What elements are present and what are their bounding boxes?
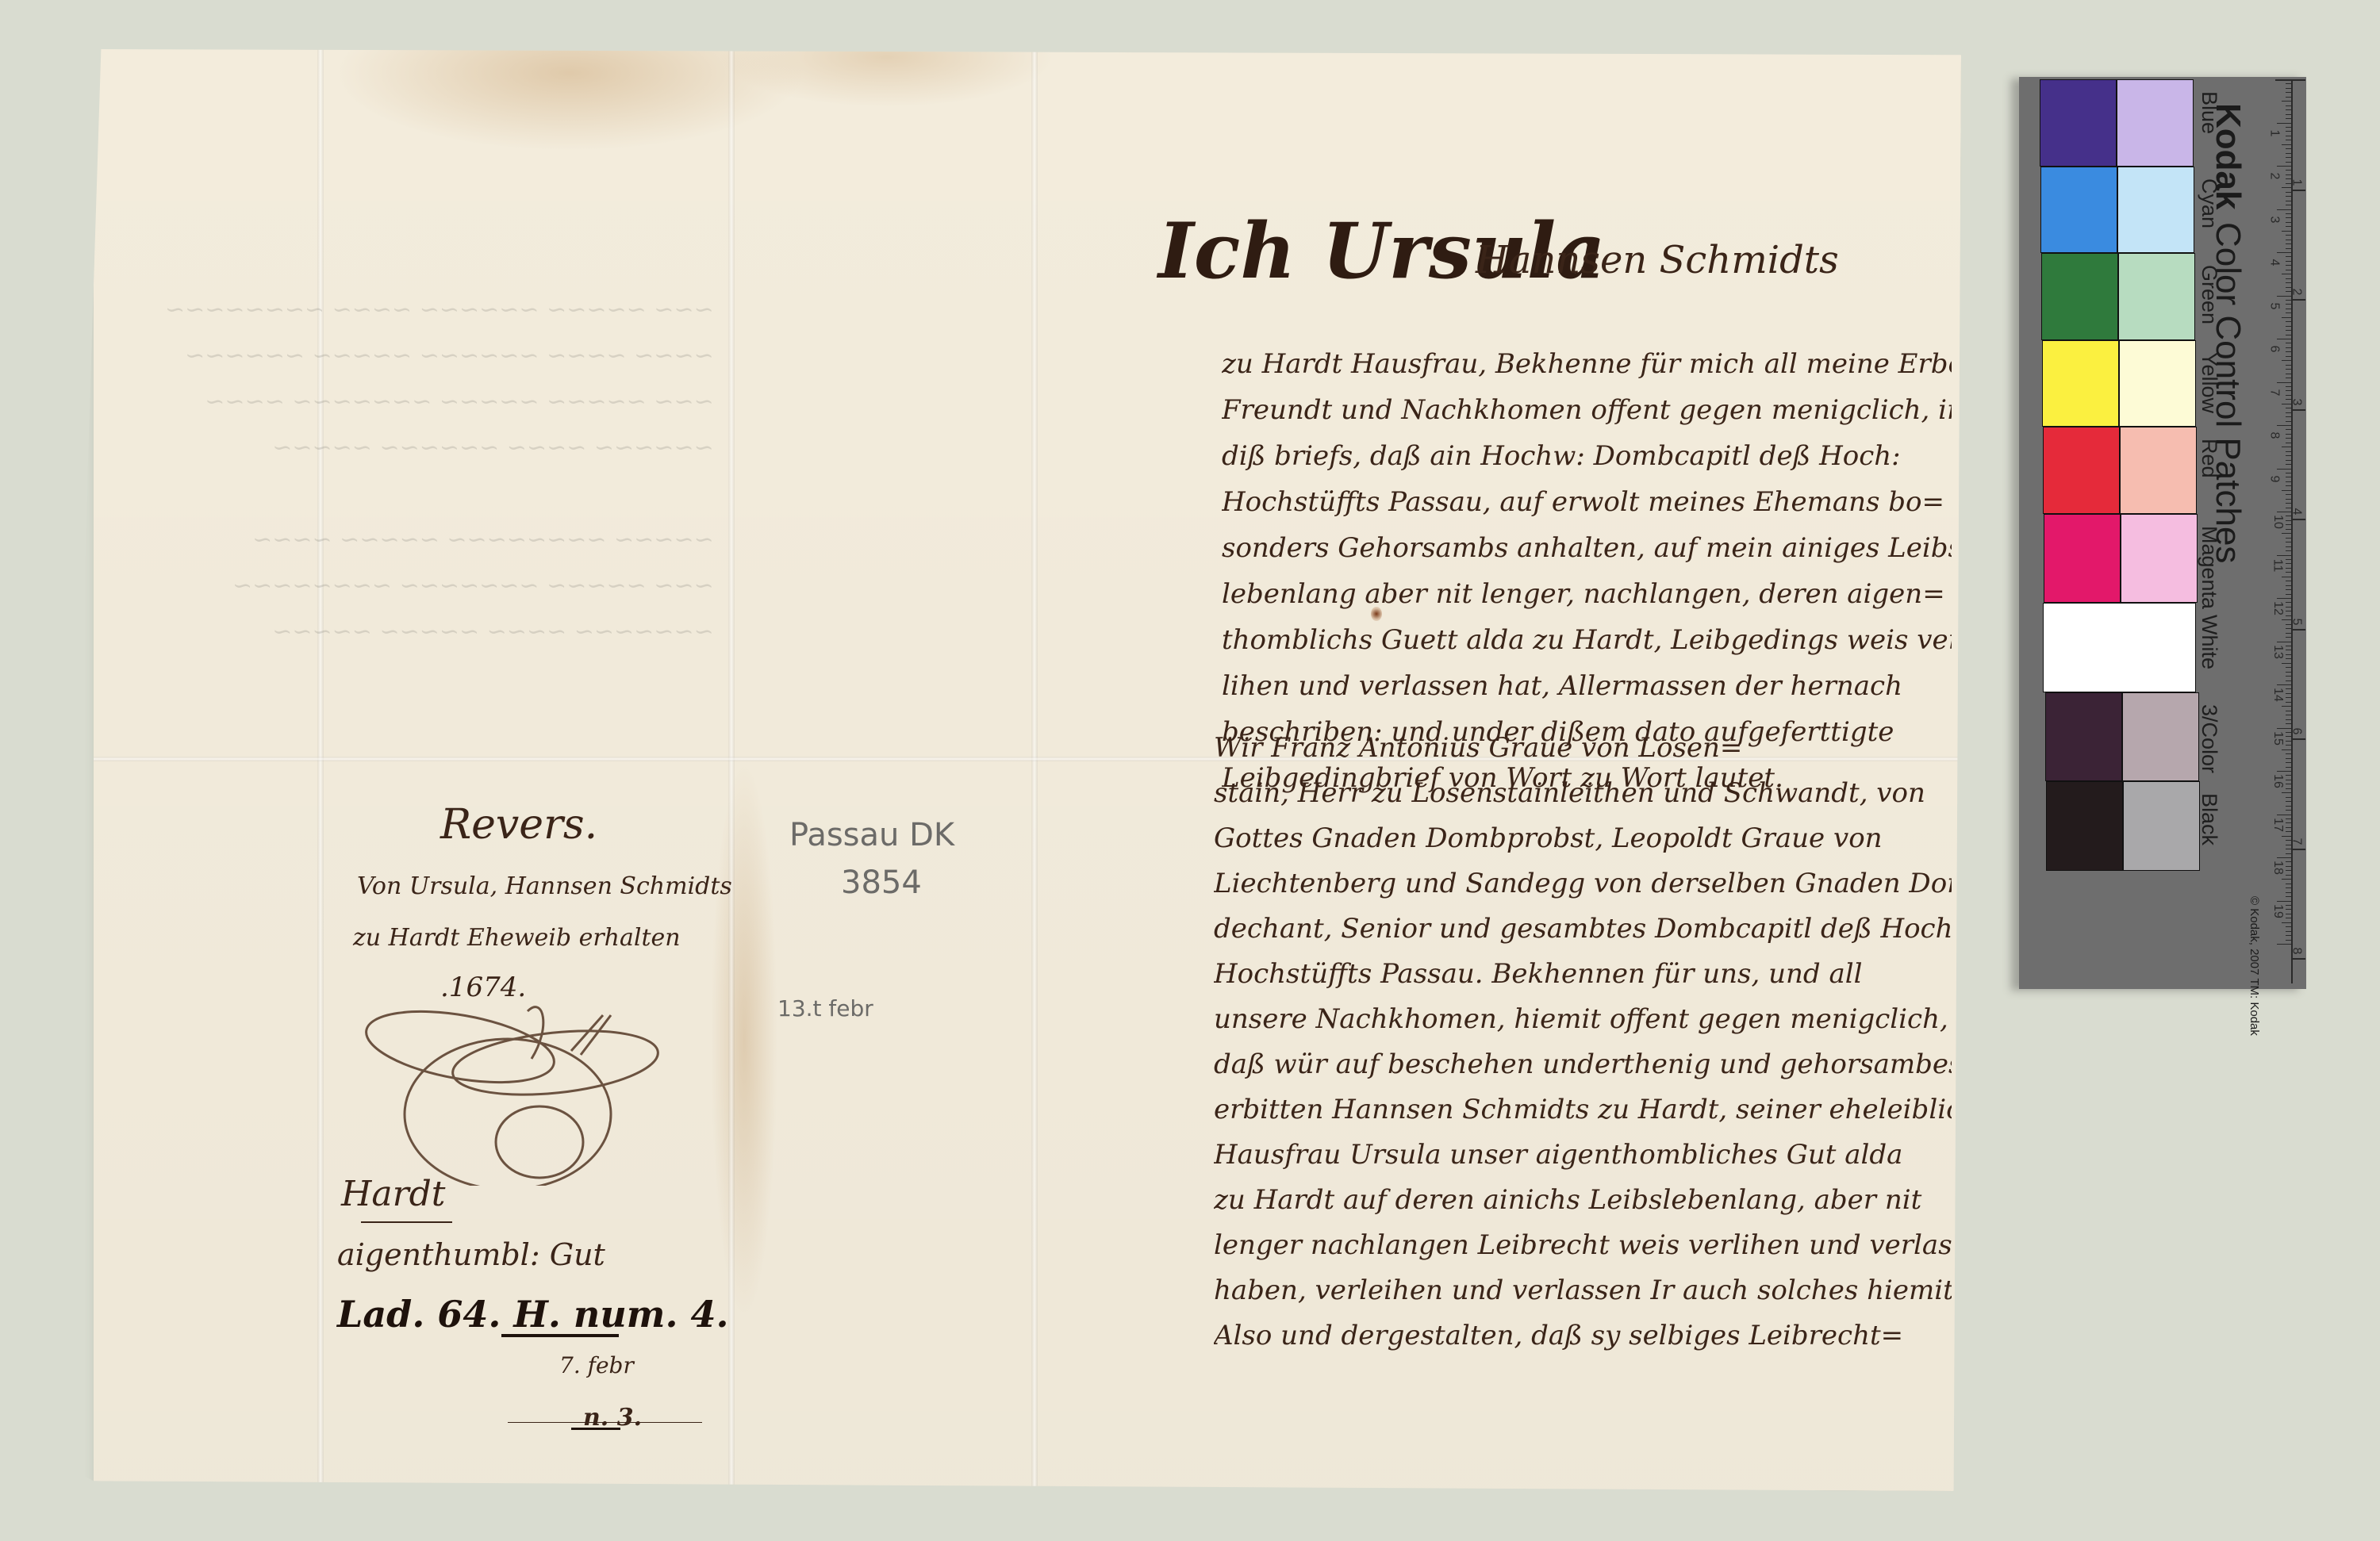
ruler-tick — [2286, 365, 2291, 366]
ruler-tick — [2286, 455, 2291, 456]
ruler-tick — [2282, 187, 2291, 188]
ruler-tick — [2286, 97, 2291, 98]
ruler-tick — [2286, 226, 2291, 227]
ruler-tick — [2286, 321, 2291, 322]
ruler-tick — [2286, 715, 2291, 715]
ruler-cm-label: 7 — [2267, 389, 2281, 396]
ruler-tick — [2286, 581, 2291, 581]
ruler-tick — [2286, 775, 2291, 776]
ruler-tick — [2286, 92, 2291, 93]
archive-number: 3854 — [841, 864, 922, 901]
ruler-tick — [2286, 849, 2291, 849]
ruler-cm-label: 19 — [2271, 904, 2285, 918]
ruler-tick — [2286, 797, 2291, 798]
ruler-tick — [2286, 572, 2291, 573]
patch-blue-dark — [2040, 79, 2117, 167]
ruler-inch-label: 6 — [2289, 728, 2303, 735]
ruler-tick — [2286, 542, 2291, 542]
text-line: Liechtenberg und Sandegg von derselben G… — [1214, 861, 1952, 907]
ruler-tick — [2286, 131, 2291, 132]
ruler-tick — [2286, 745, 2291, 746]
ruler-tick — [2286, 170, 2291, 171]
ruler-inch-label: 5 — [2289, 618, 2303, 625]
ruler-tick — [2286, 723, 2291, 724]
fold-line-vertical — [728, 49, 735, 1491]
ruler-tick — [2286, 136, 2291, 136]
ruler-tick — [2286, 386, 2291, 387]
ruler-tick — [2286, 688, 2291, 689]
ruler-cm-label: 16 — [2271, 774, 2285, 788]
target-title: Kodak Color Control Patches © Kodak, 200… — [2194, 103, 2241, 896]
ruler-tick — [2286, 637, 2291, 638]
ruler-tick — [2286, 762, 2291, 763]
fold-line-vertical — [317, 49, 324, 1491]
text-line: zu Hardt auf deren ainichs Leibslebenlan… — [1214, 1178, 1952, 1223]
ruler-tick — [2282, 144, 2291, 145]
ruler-tick — [2286, 853, 2291, 854]
ruler-cm-label: 14 — [2271, 688, 2285, 702]
ruler-tick — [2286, 222, 2291, 223]
text-line: sonders Gehorsambs anhalten, auf mein ai… — [1222, 525, 1952, 571]
ruler-tick — [2286, 633, 2291, 634]
main-paragraph-2: Wir Franz Antonius Graue von Losen= stai… — [1214, 726, 1952, 1359]
text-line: Gottes Gnaden Dombprobst, Leopoldt Graue… — [1214, 816, 1952, 861]
ruler-tick — [2277, 296, 2291, 297]
ruler-tick — [2286, 594, 2291, 595]
ruler-tick — [2286, 443, 2291, 443]
ruler-tick — [2286, 559, 2291, 560]
ruler-tick — [2277, 382, 2291, 383]
patch-red-dark — [2043, 427, 2120, 514]
ruler-tick — [2286, 196, 2291, 197]
ruler-inch-tick — [2291, 629, 2305, 631]
ruler-tick — [2286, 240, 2291, 240]
ruler-tick — [2286, 892, 2291, 893]
ruler-tick — [2286, 213, 2291, 214]
text-line: lihen und verlassen hat, Allermassen der… — [1222, 663, 1952, 709]
ruler-tick — [2286, 801, 2291, 802]
ruler-tick — [2286, 806, 2291, 807]
ruler-tick — [2286, 499, 2291, 500]
ruler-tick — [2277, 166, 2291, 167]
ruler-tick — [2286, 784, 2291, 784]
bleed-through-text: ~~~ ~~~~~ ~~~~~~ ~~~~ ~~~~~~~~ ~~~~ ~~~~… — [165, 287, 714, 655]
kodak-brand: Kodak — [2208, 103, 2248, 209]
ruler-tick — [2277, 901, 2291, 902]
shelfmark: Lad. 64. H. num. 4. — [337, 1293, 729, 1336]
ruler-tick — [2286, 940, 2291, 941]
ruler-tick — [2286, 429, 2291, 430]
ruler-tick — [2286, 369, 2291, 370]
patch-magenta-light — [2121, 514, 2198, 603]
text-line: unsere Nachkhomen, hiemit offent gegen m… — [1214, 997, 1952, 1042]
text-line: Hochstüffts Passau. Bekhennen für uns, u… — [1214, 952, 1952, 997]
ruler-tick — [2286, 831, 2291, 832]
ruler-tick — [2286, 421, 2291, 422]
ruler-tick — [2286, 434, 2291, 435]
text-line: lenger nachlangen Leibrecht weis verlihe… — [1214, 1223, 1952, 1268]
ruler-tick — [2286, 702, 2291, 703]
ruler-tick — [2286, 88, 2291, 89]
ruler-tick — [2286, 343, 2291, 343]
ruler-inch-tick — [2291, 190, 2305, 191]
ruler-tick — [2286, 550, 2291, 551]
ruler-inch-tick — [2291, 849, 2305, 850]
ruler-tick — [2286, 585, 2291, 586]
ruler-tick — [2286, 287, 2291, 288]
ruler-tick — [2282, 317, 2291, 318]
ruler-tick — [2277, 469, 2291, 470]
ruler-tick — [2286, 395, 2291, 396]
number-underline — [571, 1428, 620, 1430]
ruler-inch-tick — [2291, 409, 2305, 411]
text-line: daß wür auf beschehen underthenig und ge… — [1214, 1042, 1952, 1087]
text-line: stain, Herr zu Losenstainleithen und Sch… — [1214, 771, 1952, 816]
ruler-tick — [2277, 79, 2291, 80]
ruler-inch-label: 7 — [2289, 838, 2303, 845]
ruler-tick — [2286, 412, 2291, 413]
ruler-tick — [2286, 282, 2291, 283]
ruler-tick — [2286, 822, 2291, 823]
ruler-cm-label: 3 — [2267, 216, 2281, 223]
ruler-tick — [2277, 339, 2291, 339]
ruler-cm-label: 17 — [2271, 818, 2285, 832]
ruler-cm-label: 9 — [2267, 475, 2281, 482]
text-line: diß briefs, daß ain Hochw: Dombcapitl de… — [1222, 433, 1952, 479]
ruler-tick — [2282, 274, 2291, 274]
ruler-tick — [2286, 667, 2291, 668]
ruler-tick — [2277, 252, 2291, 253]
ruler-tick — [2282, 706, 2291, 707]
ruler-tick — [2286, 494, 2291, 495]
ruler-tick — [2286, 589, 2291, 590]
ruler-cm-label: 18 — [2271, 861, 2285, 875]
ruler-tick — [2286, 460, 2291, 461]
patch-red-light — [2120, 427, 2197, 514]
ruler-tick — [2286, 127, 2291, 128]
ruler-tick — [2286, 736, 2291, 737]
patch-green-light — [2118, 253, 2195, 340]
ruler-inch-label: 2 — [2289, 289, 2303, 296]
pencil-date-note: 13.t febr — [777, 995, 873, 1022]
ink-stain — [1371, 607, 1382, 621]
ruler-tick — [2286, 568, 2291, 569]
ruler-tick — [2286, 105, 2291, 106]
ruler-inch-tick — [2291, 519, 2305, 520]
ruler-inch-label: 3 — [2289, 398, 2303, 405]
text-line: Hochstüffts Passau, auf erwolt meines Eh… — [1222, 479, 1952, 525]
ruler-tick — [2286, 516, 2291, 516]
ruler-cm-label: 12 — [2271, 601, 2285, 615]
copyright: © Kodak, 2007 TM: Kodak — [2248, 896, 2261, 1036]
ruler-tick — [2286, 767, 2291, 768]
ruler-tick — [2286, 935, 2291, 936]
ruler-inch-label: 8 — [2289, 948, 2303, 955]
ruler-inch-label: 1 — [2289, 178, 2303, 186]
ruler-cm-label: 15 — [2271, 731, 2285, 746]
flourish-paraph-icon — [349, 995, 666, 1186]
ruler-tick — [2286, 658, 2291, 659]
ruler-tick — [2286, 256, 2291, 257]
ruler-tick — [2277, 425, 2291, 426]
ruler-cm-label: 5 — [2267, 302, 2281, 309]
ruler-tick — [2286, 481, 2291, 482]
ruler-tick — [2286, 261, 2291, 262]
ruler-tick — [2286, 473, 2291, 473]
endorsement-title: Revers. — [440, 801, 597, 849]
ruler-tick — [2286, 788, 2291, 789]
ruler-tick — [2286, 157, 2291, 158]
ruler-tick — [2286, 719, 2291, 720]
ruler-inch-label: 4 — [2289, 508, 2303, 516]
ruler-tick — [2286, 326, 2291, 327]
ruler-tick — [2286, 563, 2291, 564]
text-line: dechant, Senior und gesambtes Dombcapitl… — [1214, 907, 1952, 952]
ruler-tick — [2286, 485, 2291, 486]
text-line: Freundt und Nachkhomen offent gegen meni… — [1222, 387, 1952, 433]
ruler-tick — [2286, 780, 2291, 780]
ruler-tick — [2286, 114, 2291, 115]
ruler-tick — [2282, 101, 2291, 102]
ruler-tick — [2286, 278, 2291, 279]
ruler-tick — [2286, 654, 2291, 655]
patch-yellow-light — [2119, 340, 2196, 427]
ruler-tick — [2286, 611, 2291, 611]
ruler-tick — [2286, 909, 2291, 910]
ruler-tick — [2286, 192, 2291, 193]
ruler-tick — [2282, 663, 2291, 664]
ruler-tick — [2286, 408, 2291, 408]
ruler-tick — [2286, 148, 2291, 149]
ruler-tick — [2286, 676, 2291, 677]
patch-blue-light — [2117, 79, 2194, 167]
ruler-tick — [2286, 270, 2291, 270]
strike-line — [508, 1422, 702, 1423]
ruler-tick — [2286, 378, 2291, 378]
ruler-tick — [2286, 243, 2291, 244]
ruler-tick — [2277, 771, 2291, 772]
ruler-tick — [2286, 615, 2291, 616]
ruler-tick — [2286, 503, 2291, 504]
fold-line-vertical — [1031, 49, 1038, 1491]
ruler-cm-label: 10 — [2271, 515, 2285, 529]
ruler-tick — [2286, 931, 2291, 932]
ruler-tick — [2286, 827, 2291, 828]
ruler-tick — [2282, 749, 2291, 750]
ruler-tick — [2277, 857, 2291, 858]
ruler-tick — [2286, 162, 2291, 163]
ruler-tick — [2286, 83, 2291, 84]
ruler-cm-label: 13 — [2271, 645, 2285, 659]
ruler-tick — [2286, 538, 2291, 539]
ruler-cm-label: 8 — [2267, 432, 2281, 439]
ruler-tick — [2277, 123, 2291, 124]
patch-cyan-light — [2117, 167, 2194, 253]
patch-white — [2043, 603, 2196, 692]
ruler-tick — [2286, 650, 2291, 650]
ruler-tick — [2286, 265, 2291, 266]
ruler-tick — [2286, 438, 2291, 439]
place-name: Hardt — [341, 1174, 445, 1214]
ruler-tick — [2286, 201, 2291, 201]
ruler-tick — [2286, 546, 2291, 547]
ruler-tick — [2282, 792, 2291, 793]
ruler-tick — [2277, 598, 2291, 599]
ruler-tick — [2286, 896, 2291, 897]
ruler-tick — [2286, 524, 2291, 525]
ruler-tick — [2286, 861, 2291, 862]
ruler-inch-tick — [2291, 299, 2305, 301]
ruler-tick — [2286, 109, 2291, 110]
ruler-tick — [2286, 118, 2291, 119]
patch-magenta-dark — [2044, 514, 2121, 603]
ruler-tick — [2282, 360, 2291, 361]
ruler-tick — [2282, 490, 2291, 491]
patch-yellow-dark — [2042, 340, 2119, 427]
ruler-tick — [2286, 758, 2291, 759]
ruler-cm-label: 6 — [2267, 346, 2281, 353]
ruler-tick — [2282, 231, 2291, 232]
ruler-tick — [2286, 680, 2291, 681]
ruler-tick — [2286, 818, 2291, 819]
ruler-tick — [2286, 866, 2291, 867]
opening-rest: Hannsen Schmidts — [1476, 238, 1839, 282]
ruler-tick — [2286, 741, 2291, 742]
ruler-tick — [2286, 351, 2291, 352]
ruler-inch-tick — [2291, 738, 2305, 740]
ruler-tick — [2286, 628, 2291, 629]
ruler-tick — [2286, 753, 2291, 754]
ruler-tick — [2286, 810, 2291, 811]
ruler-tick — [2282, 879, 2291, 880]
ruler-tick — [2286, 335, 2291, 335]
ruler-tick — [2277, 815, 2291, 815]
ruler-tick — [2286, 602, 2291, 603]
text-line: Also und dergestalten, daß sy selbiges L… — [1214, 1313, 1952, 1359]
text-line: Hausfrau Ursula unser aigenthombliches G… — [1214, 1133, 1952, 1178]
ruler-tick — [2286, 918, 2291, 918]
date-note: 7. febr — [559, 1352, 634, 1378]
ruler-tick — [2286, 140, 2291, 140]
ruler-tick — [2286, 235, 2291, 236]
ruler-tick — [2286, 309, 2291, 309]
ruler-tick — [2277, 555, 2291, 556]
ruler-tick — [2286, 884, 2291, 884]
patch-3-color-light — [2122, 692, 2199, 781]
ruler-tick — [2286, 529, 2291, 530]
ruler-cm-label: 4 — [2267, 259, 2281, 266]
ruler-tick — [2286, 646, 2291, 646]
text-line: lebenlang aber nit lenger, nachlangen, d… — [1222, 571, 1952, 617]
ruler-tick — [2286, 477, 2291, 477]
patch-black-dark — [2046, 781, 2123, 871]
ruler-inch-tick — [2291, 958, 2305, 960]
ruler-tick — [2286, 914, 2291, 914]
patch-cyan-dark — [2040, 167, 2117, 253]
ruler-tick — [2277, 684, 2291, 685]
text-line: thomblichs Guett alda zu Hardt, Leibgedi… — [1222, 617, 1952, 663]
ruler-tick — [2286, 870, 2291, 871]
ruler-tick — [2286, 693, 2291, 694]
ruler-tick — [2286, 416, 2291, 417]
target-title-text: Color Control Patches — [2208, 222, 2248, 563]
ruler-tick — [2286, 697, 2291, 698]
ruler-tick — [2286, 887, 2291, 888]
ruler-cm-label: 11 — [2270, 558, 2284, 572]
ruler-tick — [2286, 875, 2291, 876]
shelfmark-underline — [501, 1334, 619, 1337]
ruler-tick — [2286, 711, 2291, 711]
ruler-tick — [2286, 304, 2291, 305]
ruler-tick — [2282, 533, 2291, 534]
ruler-cm-label: 1 — [2267, 129, 2281, 136]
ruler-tick — [2277, 209, 2291, 210]
ruler-tick — [2286, 300, 2291, 301]
ruler-tick — [2286, 672, 2291, 673]
text-line: Wir Franz Antonius Graue von Losen= — [1214, 726, 1952, 771]
ruler-tick — [2286, 205, 2291, 205]
ruler-tick — [2286, 248, 2291, 249]
ruler-tick — [2286, 347, 2291, 348]
ruler-tick — [2286, 312, 2291, 313]
ruler-tick — [2286, 390, 2291, 391]
ruler-tick — [2286, 217, 2291, 218]
text-line: zu Hardt Hausfrau, Bekhenne für mich all… — [1222, 341, 1952, 387]
patch-green-dark — [2041, 253, 2118, 340]
text-line: haben, verleihen und verlassen Ir auch s… — [1214, 1268, 1952, 1313]
ruler-tick — [2282, 447, 2291, 447]
ruler-tick — [2286, 520, 2291, 521]
ruler-cm-label: 2 — [2267, 173, 2281, 180]
ruler-tick — [2282, 836, 2291, 837]
ruler-tick — [2282, 577, 2291, 577]
ruler-tick — [2286, 356, 2291, 357]
property-description: aigenthumbl: Gut — [337, 1237, 605, 1272]
ruler-tick — [2286, 374, 2291, 374]
ruler-tick — [2286, 330, 2291, 331]
underline — [361, 1221, 452, 1223]
endorsement-summary-line: zu Hardt Eheweib erhalten — [353, 924, 681, 952]
ruler-tick — [2286, 905, 2291, 906]
ruler-tick — [2286, 607, 2291, 608]
ruler-tick — [2286, 153, 2291, 154]
ruler-tick — [2286, 451, 2291, 452]
ruler-tick — [2277, 642, 2291, 642]
ruler-tick — [2286, 174, 2291, 175]
ruler-tick — [2286, 926, 2291, 927]
patch-black-light — [2123, 781, 2200, 871]
text-line: erbitten Hannsen Schmidts zu Hardt, sein… — [1214, 1087, 1952, 1133]
archive-signature: Passau DK — [789, 817, 954, 853]
ruler-tick — [2277, 944, 2291, 945]
ruler-tick — [2282, 922, 2291, 923]
endorsement-summary-line: Von Ursula, Hannsen Schmidts — [357, 872, 732, 900]
patch-3-color-dark — [2045, 692, 2122, 781]
ruler-tick — [2286, 464, 2291, 465]
